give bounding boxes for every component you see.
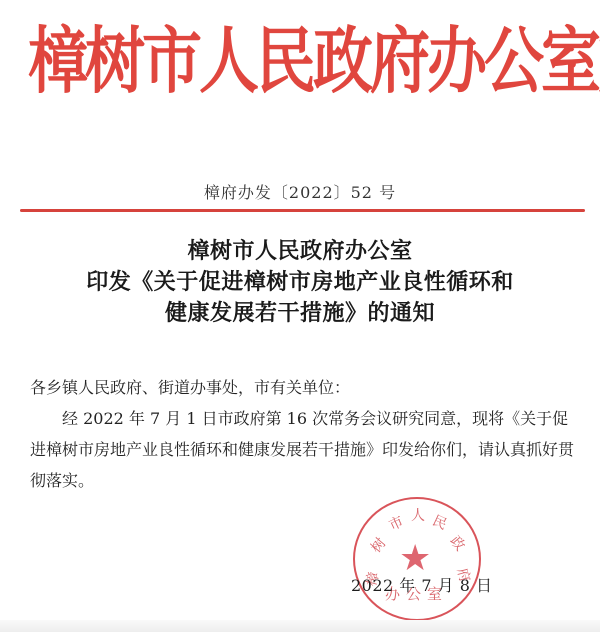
seal-char: 人 [411,505,425,525]
official-seal-stamp: 樟 树 市 人 民 政 府 ★ 办公室 [353,497,481,621]
notice-title-line-1: 樟树市人民政府办公室 [0,236,600,267]
notice-title-line-3: 健康发展若干措施》的通知 [0,298,600,329]
notice-title: 樟树市人民政府办公室 印发《关于促进樟树市房地产业良性循环和 健康发展若干措施》… [0,236,600,329]
document-header-title: 樟树市人民政府办公室文件 [28,14,578,110]
document-number: 樟府办发〔2022〕52 号 [0,180,600,203]
seal-char: 民 [429,510,450,534]
red-divider-line [20,209,585,212]
body-paragraph: 经 2022 年 7 月 1 日市政府第 16 次常务会议研究同意，现将《关于促… [30,403,575,496]
seal-char: 政 [446,531,470,555]
seal-char: 市 [385,511,406,535]
notice-title-line-2: 印发《关于促进樟树市房地产业良性循环和 [0,267,600,298]
notice-body: 各乡镇人民政府、街道办事处，市有关单位： 经 2022 年 7 月 1 日市政府… [30,372,575,496]
star-icon: ★ [399,541,431,577]
salutation: 各乡镇人民政府、街道办事处，市有关单位： [30,372,575,403]
page-bottom-edge [0,620,600,632]
seal-char: 树 [366,533,390,557]
document-date: 2022 年 7 月 8 日 [351,573,493,596]
